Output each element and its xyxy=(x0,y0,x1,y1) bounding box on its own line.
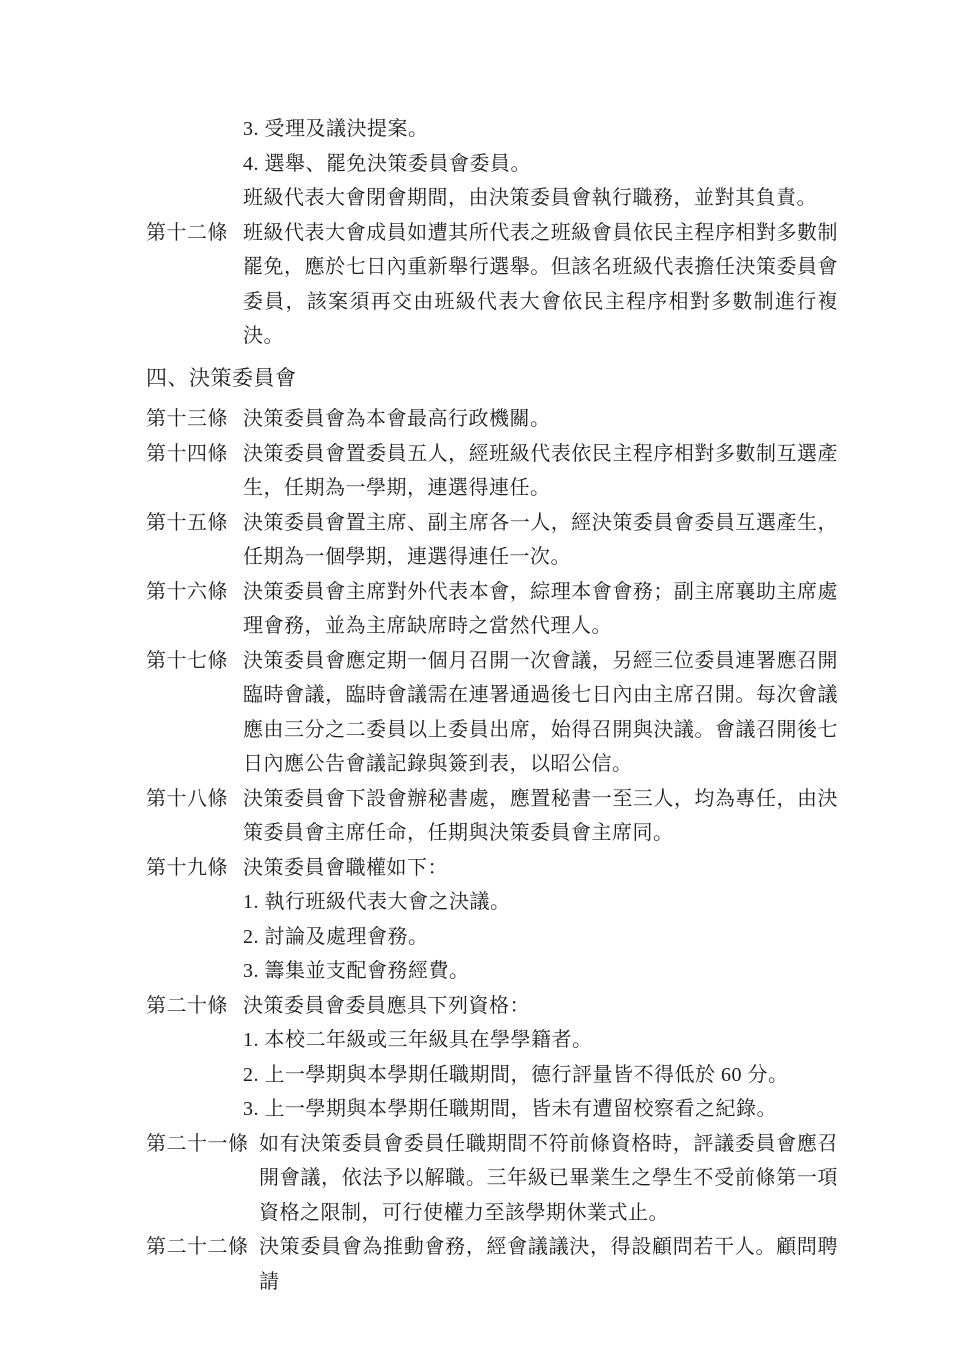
article: 第十九條決策委員會職權如下： xyxy=(146,851,838,886)
numbered-list-item: 1. 本校二年級或三年級具在學學籍者。 xyxy=(243,1023,838,1058)
article-number: 第二十條 xyxy=(146,989,243,1024)
article-text: 決策委員會職權如下： xyxy=(243,851,838,886)
numbered-list-item: 2. 上一學期與本學期任職期間，德行評量皆不得低於 60 分。 xyxy=(243,1058,838,1093)
article-number: 第十八條 xyxy=(146,782,243,817)
article: 第二十二條決策委員會為推動會務，經會議議決，得設顧問若干人。顧問聘請 xyxy=(146,1230,838,1299)
continuation-paragraph: 班級代表大會閉會期間，由決策委員會執行職務，並對其負責。 xyxy=(243,181,838,216)
numbered-list-item: 3. 上一學期與本學期任職期間，皆未有遭留校察看之紀錄。 xyxy=(243,1092,838,1127)
numbered-list-item: 4. 選舉、罷免決策委員會委員。 xyxy=(243,147,838,182)
section-heading: 四、決策委員會 xyxy=(146,361,838,396)
article-number: 第十四條 xyxy=(146,437,243,472)
document-page: 3. 受理及議決提案。4. 選舉、罷免決策委員會委員。班級代表大會閉會期間，由決… xyxy=(0,0,960,1357)
article-number: 第十六條 xyxy=(146,575,243,610)
article: 第二十條決策委員會委員應具下列資格： xyxy=(146,989,838,1024)
numbered-list-item: 2. 討論及處理會務。 xyxy=(243,920,838,955)
article-text: 決策委員會為本會最高行政機關。 xyxy=(243,402,838,437)
numbered-list-item: 3. 籌集並支配會務經費。 xyxy=(243,954,838,989)
numbered-list-item: 3. 受理及議決提案。 xyxy=(243,112,838,147)
article-text: 決策委員會置委員五人，經班級代表依民主程序相對多數制互選產生，任期為一學期，連選… xyxy=(243,437,838,506)
article: 第十六條決策委員會主席對外代表本會，綜理本會會務；副主席襄助主席處理會務，並為主… xyxy=(146,575,838,644)
article-text: 決策委員會下設會辦秘書處，應置秘書一至三人，均為專任，由決策委員會主席任命，任期… xyxy=(243,782,838,851)
article: 第十七條決策委員會應定期一個月召開一次會議，另經三位委員連署應召開臨時會議，臨時… xyxy=(146,644,838,782)
article-number: 第二十二條 xyxy=(146,1230,259,1265)
article-number: 第十五條 xyxy=(146,506,243,541)
article: 第十五條決策委員會置主席、副主席各一人，經決策委員會委員互選產生，任期為一個學期… xyxy=(146,506,838,575)
article-text: 決策委員會應定期一個月召開一次會議，另經三位委員連署應召開臨時會議，臨時會議需在… xyxy=(243,644,838,782)
article-number: 第十二條 xyxy=(146,216,243,251)
article-number: 第二十一條 xyxy=(146,1127,259,1162)
article-number: 第十七條 xyxy=(146,644,243,679)
article-number: 第十九條 xyxy=(146,851,243,886)
article-text: 決策委員會置主席、副主席各一人，經決策委員會委員互選產生，任期為一個學期，連選得… xyxy=(243,506,838,575)
article-text: 班級代表大會成員如遭其所代表之班級會員依民主程序相對多數制罷免，應於七日內重新舉… xyxy=(243,216,838,354)
article-text: 決策委員會委員應具下列資格： xyxy=(243,989,838,1024)
article: 第十四條決策委員會置委員五人，經班級代表依民主程序相對多數制互選產生，任期為一學… xyxy=(146,437,838,506)
article: 第十二條班級代表大會成員如遭其所代表之班級會員依民主程序相對多數制罷免，應於七日… xyxy=(146,216,838,354)
numbered-list-item: 1. 執行班級代表大會之決議。 xyxy=(243,885,838,920)
document-content: 3. 受理及議決提案。4. 選舉、罷免決策委員會委員。班級代表大會閉會期間，由決… xyxy=(146,112,838,1299)
article: 第二十一條如有決策委員會委員任職期間不符前條資格時，評議委員會應召開會議，依法予… xyxy=(146,1127,838,1231)
article-number: 第十三條 xyxy=(146,402,243,437)
article-text: 決策委員會為推動會務，經會議議決，得設顧問若干人。顧問聘請 xyxy=(259,1230,838,1299)
article: 第十八條決策委員會下設會辦秘書處，應置秘書一至三人，均為專任，由決策委員會主席任… xyxy=(146,782,838,851)
article-text: 決策委員會主席對外代表本會，綜理本會會務；副主席襄助主席處理會務，並為主席缺席時… xyxy=(243,575,838,644)
article-text: 如有決策委員會委員任職期間不符前條資格時，評議委員會應召開會議，依法予以解職。三… xyxy=(259,1127,838,1231)
article: 第十三條決策委員會為本會最高行政機關。 xyxy=(146,402,838,437)
